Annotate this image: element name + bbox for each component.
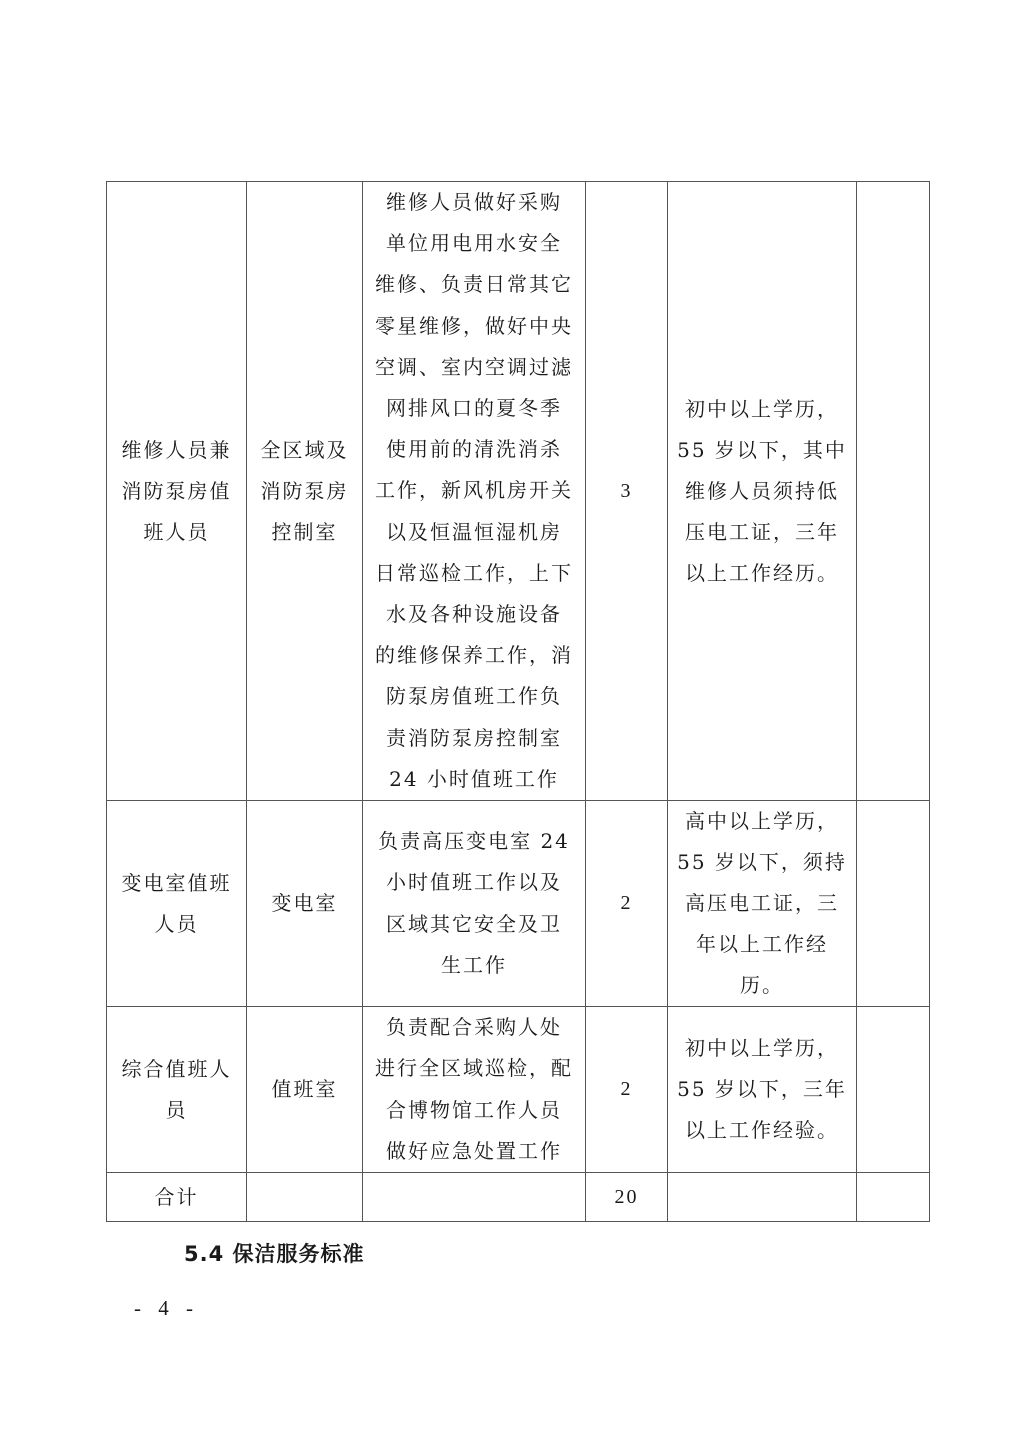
requirements-cell: 高中以上学历，55 岁以下，须持高压电工证，三年以上工作经历。 bbox=[668, 801, 857, 1007]
position-cell: 维修人员兼消防泵房值班人员 bbox=[107, 182, 247, 801]
cell-text-line: 工作，新风机房开关 bbox=[363, 470, 585, 511]
count-cell: 2 bbox=[586, 801, 668, 1007]
cell-text-line: 变电室值班 bbox=[107, 863, 246, 904]
requirements-cell: 初中以上学历，55 岁以下，三年以上工作经验。 bbox=[668, 1007, 857, 1173]
cell-text-line: 维修人员做好采购 bbox=[363, 182, 585, 223]
cell-text-line: 维修、负责日常其它 bbox=[363, 264, 585, 305]
total-label: 合计 bbox=[107, 1173, 247, 1222]
cell-text-line: 控制室 bbox=[247, 512, 362, 553]
cell-text-line: 55 岁以下，三年 bbox=[668, 1069, 856, 1110]
count-cell: 2 bbox=[586, 1007, 668, 1173]
cell-text-line: 做好应急处置工作 bbox=[363, 1131, 585, 1172]
cell-text-line: 年以上工作经 bbox=[668, 924, 856, 965]
cell-text-line: 班人员 bbox=[107, 512, 246, 553]
cell-text-line: 以上工作经历。 bbox=[668, 553, 856, 594]
cell-text-line: 水及各种设施设备 bbox=[363, 594, 585, 635]
requirements-cell: 初中以上学历，55 岁以下，其中维修人员须持低压电工证，三年以上工作经历。 bbox=[668, 182, 857, 801]
cell-text-line: 55 岁以下，其中 bbox=[668, 430, 856, 471]
cell-text-line: 初中以上学历， bbox=[668, 389, 856, 430]
empty-cell bbox=[247, 1173, 363, 1222]
cell-text-line: 维修人员须持低 bbox=[668, 471, 856, 512]
cell-text-line: 负责配合采购人处 bbox=[363, 1007, 585, 1048]
table-row: 综合值班人员 值班室 负责配合采购人处进行全区域巡检，配合博物馆工作人员做好应急… bbox=[107, 1007, 930, 1173]
total-count: 20 bbox=[586, 1173, 668, 1222]
cell-text-line: 历。 bbox=[668, 965, 856, 1006]
location-cell: 值班室 bbox=[247, 1007, 363, 1173]
cell-text-line: 55 岁以下，须持 bbox=[668, 842, 856, 883]
cell-text-line: 高中以上学历， bbox=[668, 801, 856, 842]
cell-text-line: 人员 bbox=[107, 904, 246, 945]
remarks-cell bbox=[857, 182, 930, 801]
cell-text-line: 压电工证，三年 bbox=[668, 512, 856, 553]
cell-text-line: 维修人员兼 bbox=[107, 430, 246, 471]
location-cell: 全区域及消防泵房控制室 bbox=[247, 182, 363, 801]
duties-cell: 负责配合采购人处进行全区域巡检，配合博物馆工作人员做好应急处置工作 bbox=[363, 1007, 586, 1173]
cell-text-line: 空调、室内空调过滤 bbox=[363, 347, 585, 388]
cell-text-line: 生工作 bbox=[363, 945, 585, 986]
cell-text-line: 日常巡检工作，上下 bbox=[363, 553, 585, 594]
cell-text-line: 合博物馆工作人员 bbox=[363, 1090, 585, 1131]
cell-text-line: 零星维修，做好中央 bbox=[363, 306, 585, 347]
cell-text-line: 防泵房值班工作负 bbox=[363, 676, 585, 717]
location-cell: 变电室 bbox=[247, 801, 363, 1007]
cell-text-line: 区域其它安全及卫 bbox=[363, 904, 585, 945]
cell-text-line: 变电室 bbox=[247, 883, 362, 924]
cell-text-line: 单位用电用水安全 bbox=[363, 223, 585, 264]
remarks-cell bbox=[857, 801, 930, 1007]
cell-text-line: 小时值班工作以及 bbox=[363, 862, 585, 903]
empty-cell bbox=[668, 1173, 857, 1222]
section-heading: 5.4 保洁服务标准 bbox=[184, 1238, 365, 1268]
cell-text-line: 网排风口的夏冬季 bbox=[363, 388, 585, 429]
duties-cell: 维修人员做好采购单位用电用水安全维修、负责日常其它零星维修，做好中央空调、室内空… bbox=[363, 182, 586, 801]
cell-text-line: 24 小时值班工作 bbox=[363, 759, 585, 800]
staffing-table: 维修人员兼消防泵房值班人员 全区域及消防泵房控制室 维修人员做好采购单位用电用水… bbox=[106, 181, 930, 1222]
cell-text-line: 消防泵房 bbox=[247, 471, 362, 512]
empty-cell bbox=[857, 1173, 930, 1222]
page-number: - 4 - bbox=[134, 1296, 199, 1321]
cell-text-line: 高压电工证，三 bbox=[668, 883, 856, 924]
remarks-cell bbox=[857, 1007, 930, 1173]
cell-text-line: 进行全区域巡检，配 bbox=[363, 1048, 585, 1089]
empty-cell bbox=[363, 1173, 586, 1222]
cell-text-line: 使用前的清洗消杀 bbox=[363, 429, 585, 470]
cell-text-line: 以及恒温恒湿机房 bbox=[363, 512, 585, 553]
cell-text-line: 全区域及 bbox=[247, 430, 362, 471]
cell-text-line: 以上工作经验。 bbox=[668, 1110, 856, 1151]
table-row: 维修人员兼消防泵房值班人员 全区域及消防泵房控制室 维修人员做好采购单位用电用水… bbox=[107, 182, 930, 801]
cell-text-line: 初中以上学历， bbox=[668, 1028, 856, 1069]
cell-text-line: 消防泵房值 bbox=[107, 471, 246, 512]
cell-text-line: 的维修保养工作，消 bbox=[363, 635, 585, 676]
position-cell: 变电室值班人员 bbox=[107, 801, 247, 1007]
cell-text-line: 责消防泵房控制室 bbox=[363, 718, 585, 759]
cell-text-line: 综合值班人 bbox=[107, 1049, 246, 1090]
cell-text-line: 值班室 bbox=[247, 1069, 362, 1110]
total-row: 合计 20 bbox=[107, 1173, 930, 1222]
count-cell: 3 bbox=[586, 182, 668, 801]
cell-text-line: 员 bbox=[107, 1090, 246, 1131]
position-cell: 综合值班人员 bbox=[107, 1007, 247, 1173]
duties-cell: 负责高压变电室 24小时值班工作以及区域其它安全及卫生工作 bbox=[363, 801, 586, 1007]
cell-text-line: 负责高压变电室 24 bbox=[363, 821, 585, 862]
table-row: 变电室值班人员 变电室 负责高压变电室 24小时值班工作以及区域其它安全及卫生工… bbox=[107, 801, 930, 1007]
